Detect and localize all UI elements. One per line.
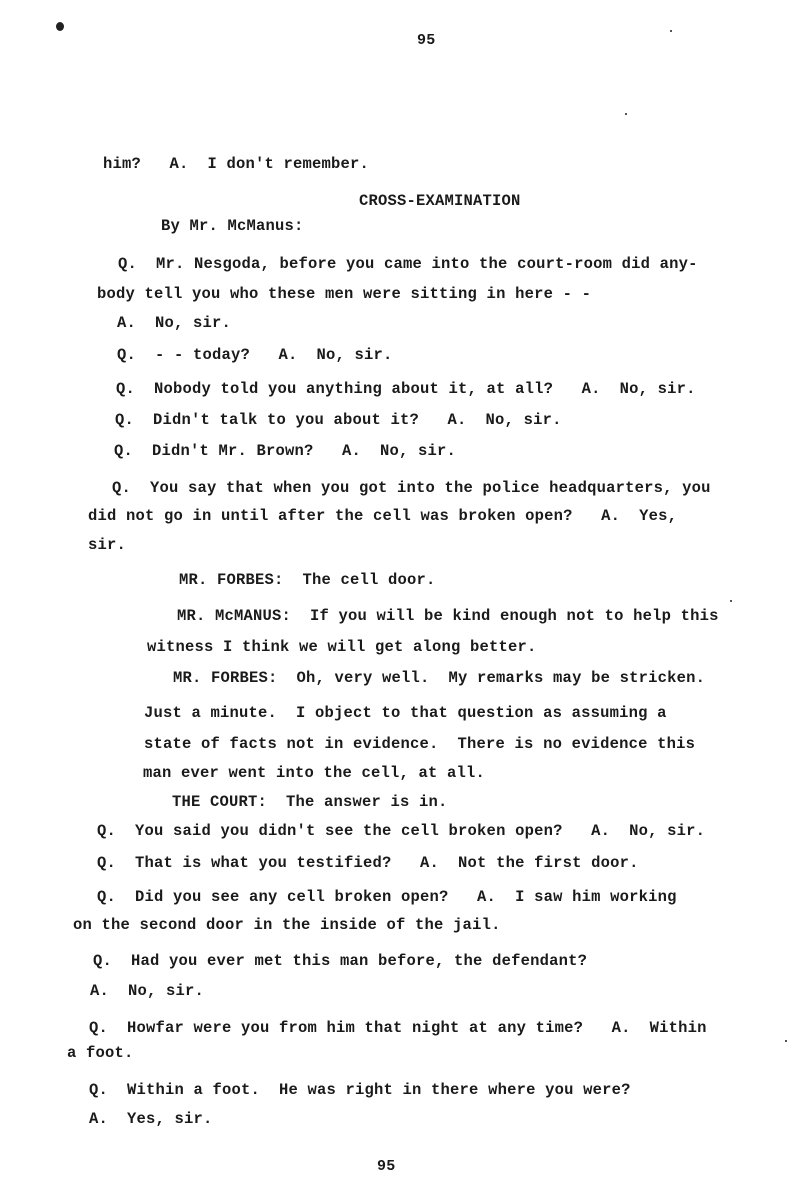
transcript-line: MR. FORBES: Oh, very well. My remarks ma… [173,671,705,687]
transcript-line: Q. That is what you testified? A. Not th… [97,856,639,872]
transcript-line: body tell you who these men were sitting… [97,287,591,303]
transcript-line: Q. Howfar were you from him that night a… [89,1021,707,1037]
scan-speck [785,1040,787,1042]
transcript-line: A. Yes, sir. [89,1112,213,1128]
scan-speck [670,30,672,32]
punch-hole-mark [56,22,64,31]
transcript-line: A. No, sir. [117,316,231,332]
transcript-line: A. No, sir. [90,984,204,1000]
transcript-line: sir. [88,538,126,554]
transcript-line: him? A. I don't remember. [103,157,369,173]
transcript-line: a foot. [67,1046,134,1062]
transcript-line: THE COURT: The answer is in. [172,795,448,811]
transcript-line: MR. FORBES: The cell door. [179,573,436,589]
transcript-line: man ever went into the cell, at all. [143,766,485,782]
scan-speck [625,113,627,115]
transcript-line: Q. You said you didn't see the cell brok… [97,824,705,840]
transcript-line: MR. McMANUS: If you will be kind enough … [177,609,719,625]
transcript-line: Q. You say that when you got into the po… [112,481,711,497]
scan-speck [730,600,732,602]
page-number-top: 95 [417,33,435,48]
transcript-line: on the second door in the inside of the … [73,918,501,934]
transcript-line: Q. Didn't Mr. Brown? A. No, sir. [114,444,456,460]
transcript-line: state of facts not in evidence. There is… [144,737,695,753]
transcript-line: did not go in until after the cell was b… [88,509,677,525]
transcript-line: Q. - - today? A. No, sir. [117,348,393,364]
transcript-line: witness I think we will get along better… [147,640,537,656]
page-number-bottom: 95 [377,1159,395,1174]
transcript-line: Q. Did you see any cell broken open? A. … [97,890,677,906]
transcript-line: Q. Within a foot. He was right in there … [89,1083,631,1099]
transcript-line: Just a minute. I object to that question… [144,706,667,722]
transcript-line: Q. Nobody told you anything about it, at… [116,382,696,398]
examiner-label: By Mr. McManus: [161,219,304,235]
section-heading: CROSS-EXAMINATION [359,194,521,210]
transcript-line: Q. Mr. Nesgoda, before you came into the… [118,257,698,273]
transcript-line: Q. Had you ever met this man before, the… [93,954,587,970]
transcript-page: 95 him? A. I don't remember. CROSS-EXAMI… [0,0,800,1195]
transcript-line: Q. Didn't talk to you about it? A. No, s… [115,413,562,429]
